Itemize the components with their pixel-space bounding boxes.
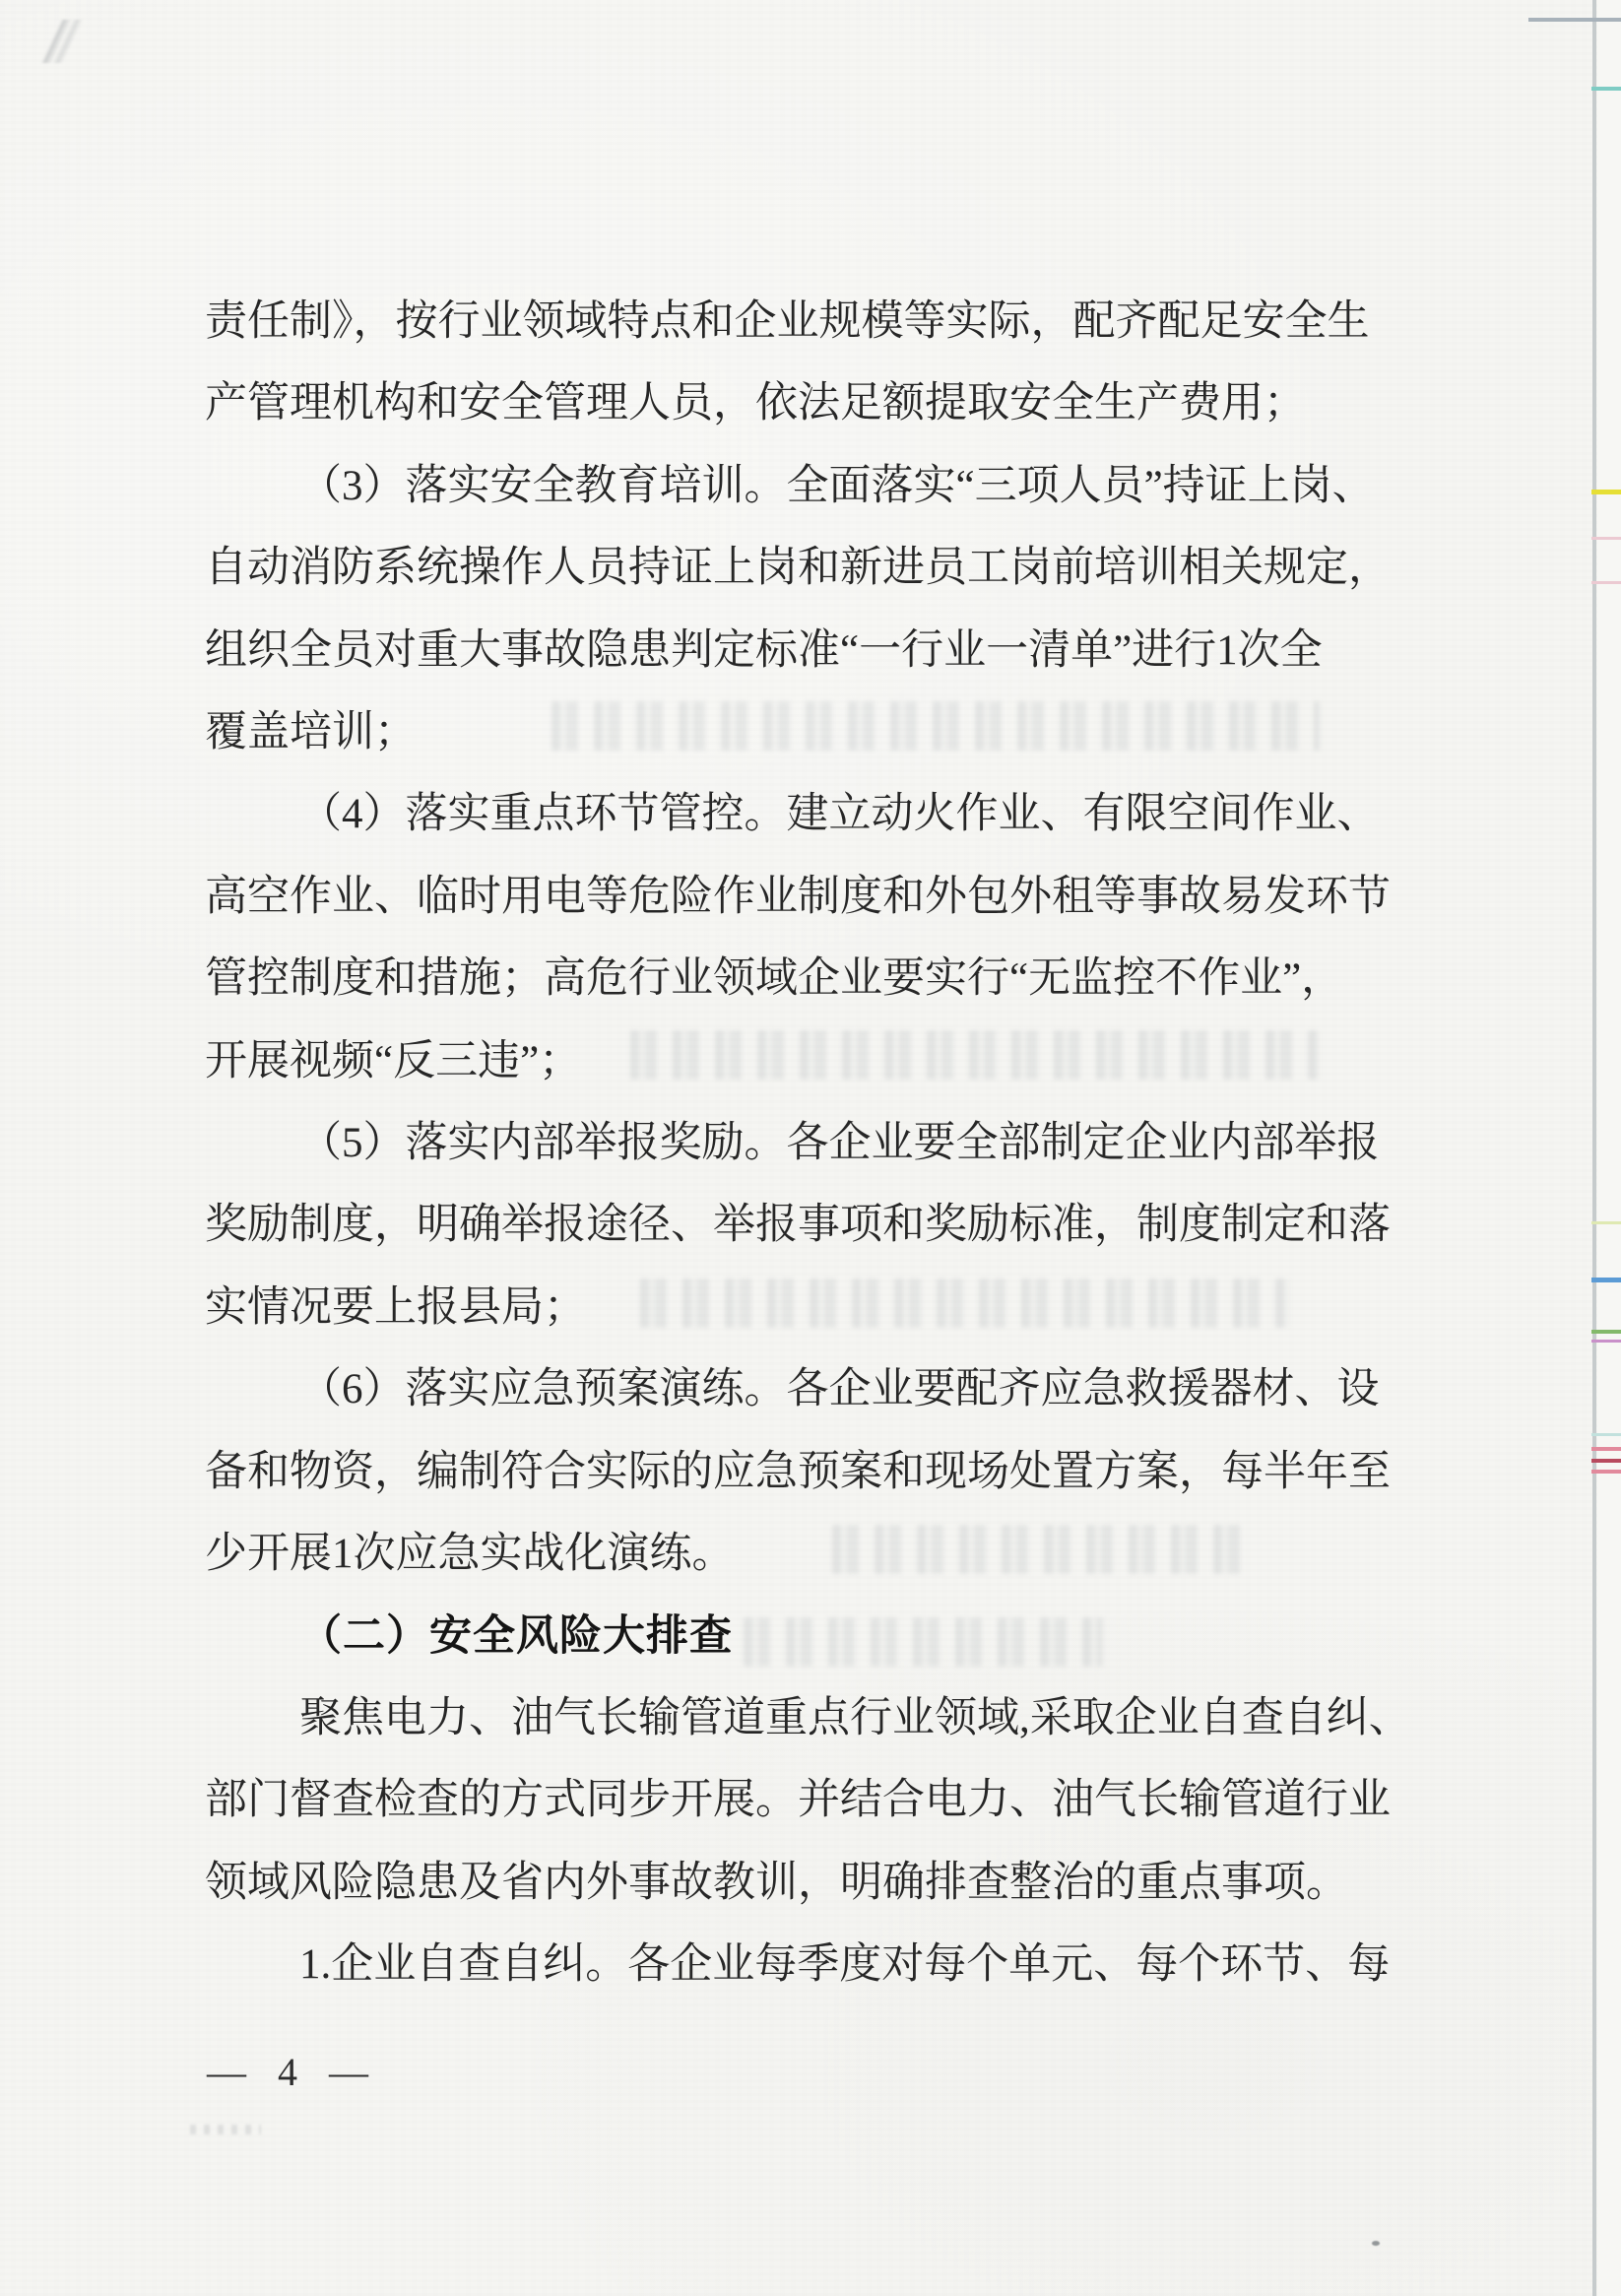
scan-edge-mark bbox=[1591, 537, 1621, 540]
text-line: 1.企业自查自纠。各企业每季度对每个单元、每个环节、每 bbox=[299, 1938, 1390, 1992]
section-heading: （二）安全风险大排查 bbox=[299, 1609, 733, 1663]
page-edge-line bbox=[1592, 0, 1596, 2296]
smudge-mark bbox=[1372, 2241, 1380, 2246]
bleed-through-artifact bbox=[630, 1030, 1320, 1080]
text-line: 自动消防系统操作人员持证上岗和新进员工岗前培训相关规定， bbox=[205, 542, 1391, 595]
scan-edge-mark bbox=[1591, 490, 1621, 494]
text-line: 部门督查检查的方式同步开展。并结合电力、油气长输管道行业 bbox=[205, 1774, 1391, 1827]
text-line: （5）落实内部举报奖励。各企业要全部制定企业内部举报 bbox=[299, 1117, 1380, 1170]
bleed-through-artifact bbox=[744, 1617, 1103, 1667]
text-line: 聚焦电力、油气长输管道重点行业领域,采取企业自查自纠、 bbox=[299, 1692, 1411, 1745]
text-line: （3）落实安全教育培训。全面落实“三项人员”持证上岗、 bbox=[299, 460, 1375, 513]
scan-edge-mark bbox=[1591, 581, 1621, 584]
text-line: 奖励制度，明确举报途径、举报事项和奖励标准，制度制定和落 bbox=[205, 1199, 1391, 1252]
text-line: 责任制》，按行业领域特点和企业规模等实际，配齐配足安全生 bbox=[205, 295, 1370, 349]
text-line: （6）落实应急预案演练。各企业要配齐应急救援器材、设 bbox=[299, 1363, 1380, 1416]
scan-edge-mark bbox=[1591, 1340, 1621, 1343]
scan-edge-mark bbox=[1591, 1447, 1621, 1451]
text-line: 管控制度和措施；高危行业领域企业要实行“无监控不作业”， bbox=[205, 952, 1343, 1006]
text-line: 产管理机构和安全管理人员，依法足额提取安全生产费用； bbox=[205, 377, 1306, 430]
text-line: 组织全员对重大事故隐患判定标准“一行业一清单”进行1次全 bbox=[205, 624, 1323, 678]
smudge-mark bbox=[190, 2125, 261, 2134]
bleed-through-artifact bbox=[640, 1279, 1290, 1328]
text-layer: 责任制》，按行业领域特点和企业规模等实际，配齐配足安全生产管理机构和安全管理人员… bbox=[0, 0, 1621, 2296]
scanned-document-page: 责任制》，按行业领域特点和企业规模等实际，配齐配足安全生产管理机构和安全管理人员… bbox=[0, 0, 1621, 2296]
text-line: 备和物资，编制符合实际的应急预案和现场处置方案，每半年至 bbox=[205, 1446, 1391, 1499]
smudge-mark bbox=[26, 20, 98, 63]
scan-edge-mark bbox=[1591, 1433, 1621, 1436]
text-line: 覆盖培训； bbox=[205, 706, 417, 759]
scan-edge-mark bbox=[1591, 87, 1621, 91]
scan-edge-mark bbox=[1591, 1221, 1621, 1224]
scan-edge-mark bbox=[1591, 1330, 1621, 1334]
text-line: 实情况要上报县局； bbox=[205, 1281, 586, 1335]
scan-edge-mark bbox=[1591, 1459, 1621, 1463]
page-number: — 4 — bbox=[207, 2049, 370, 2095]
scan-edge-mark bbox=[1528, 18, 1621, 22]
scan-edge-strip bbox=[1597, 0, 1621, 2296]
text-line: 高空作业、临时用电等危险作业制度和外包外租等事故易发环节 bbox=[205, 871, 1391, 924]
text-line: 领域风险隐患及省内外事故教训，明确排查整治的重点事项。 bbox=[205, 1857, 1348, 1910]
bleed-through-artifact bbox=[551, 701, 1320, 751]
scan-edge-mark bbox=[1591, 1278, 1621, 1282]
text-line: （4）落实重点环节管控。建立动火作业、有限空间作业、 bbox=[299, 788, 1380, 841]
bleed-through-artifact bbox=[832, 1525, 1251, 1574]
text-line: 少开展1次应急实战化演练。 bbox=[205, 1528, 735, 1581]
scan-edge-mark bbox=[1591, 1470, 1621, 1474]
text-line: 开展视频“反三违”； bbox=[205, 1035, 581, 1088]
